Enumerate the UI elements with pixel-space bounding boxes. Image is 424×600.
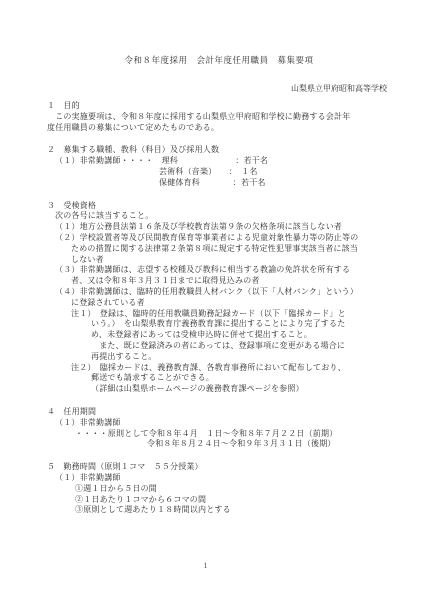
- section-eligibility: ３ 受検資格次の各号に該当すること。（１）地方公務員法第１６条及び学校教育法第９…: [47, 201, 391, 395]
- doc-line: （１）非常勤講師: [47, 418, 391, 429]
- doc-line: 保健体育科 ：若干名: [47, 178, 391, 189]
- section-purpose: １ 目的 この実施要項は、令和８年度に採用する山梨県立甲府昭和学校に勤務する会計…: [47, 101, 391, 133]
- doc-line: 再提出すること。: [47, 352, 391, 363]
- doc-line: ②１日あたり１コマから６コマの間: [47, 495, 391, 506]
- section-positions: ２ 募集する職種、教科（科目）及び採用人数（１）非常勤講師・・・・ 理科 ：若干…: [47, 145, 391, 188]
- doc-line: ２ 募集する職種、教科（科目）及び採用人数: [47, 145, 391, 156]
- section-appointment-period: ４ 任用期間（１）非常勤講師・・・・原則として令和８年４月 １日～令和８年７月２…: [47, 407, 391, 450]
- section-working-hours: ５ 勤務時間（原則１コマ ５５分授業）（１）非常勤講師①週１日から５日の間②１日…: [47, 462, 391, 516]
- doc-line: しない者: [47, 255, 391, 266]
- document-page: 令和８年度採用 会計年度任用職員 募集要項 山梨県立甲府昭和高等学校 １ 目的 …: [0, 0, 424, 600]
- doc-line: （３）非常勤講師は、志望する校種及び教科に相当する教諭の免許状を所有する: [47, 265, 391, 276]
- doc-line: この実施要項は、令和８年度に採用する山梨県立甲府昭和学校に勤務する会計年: [47, 112, 391, 123]
- doc-line: いう。） を山梨県教育庁義務教育課に提出することにより完了するた: [47, 319, 391, 330]
- document-title: 令和８年度採用 会計年度任用職員 募集要項: [47, 55, 391, 66]
- document-body: １ 目的 この実施要項は、令和８年度に採用する山梨県立甲府昭和学校に勤務する会計…: [47, 101, 391, 516]
- doc-line: ③原則として週あたり１８時間以内とする: [47, 505, 391, 516]
- doc-line: ３ 受検資格: [47, 201, 391, 212]
- doc-line: 度任用職員の募集について定めたものである。: [47, 123, 391, 134]
- doc-line: 郵送でも請求することができる。: [47, 373, 391, 384]
- doc-line: （１）非常勤講師: [47, 473, 391, 484]
- doc-line: （１）非常勤講師・・・・ 理科 ：若干名: [47, 156, 391, 167]
- doc-line: 芸術科（音楽） ： １名: [47, 167, 391, 178]
- doc-line: また、既に登録済みの者にあっては、登録事項に変更がある場合に: [47, 341, 391, 352]
- doc-line: １ 目的: [47, 101, 391, 112]
- doc-line: ・・・・原則として令和８年４月 １日～令和８年７月２２日（前期）: [47, 429, 391, 440]
- doc-line: ５ 勤務時間（原則１コマ ５５分授業）: [47, 462, 391, 473]
- doc-line: ための措置に関する法律第２条第８項に規定する特定性犯罪事実該当者に該当: [47, 244, 391, 255]
- doc-line: （４）非常勤講師は、臨時的任用教職員人材バンク（以下「人材バンク」という）: [47, 287, 391, 298]
- doc-line: 注２） 臨採カードは、義務教育課、各教育事務所において配布しており、: [47, 363, 391, 374]
- school-name: 山梨県立甲府昭和高等学校: [47, 83, 387, 94]
- doc-line: （１）地方公務員法第１６条及び学校教育法第９条の欠格条項に該当しない者: [47, 222, 391, 233]
- doc-line: （２）学校設置者等及び民間教育保育等事業者による児童対象性暴力等の防止等の: [47, 233, 391, 244]
- doc-line: ４ 任用期間: [47, 407, 391, 418]
- doc-line: 次の各号に該当すること。: [47, 211, 391, 222]
- doc-line: 令和８年８月２４日～令和９年３月３１日（後期）: [47, 439, 391, 450]
- doc-line: 注１） 登録は、臨時的任用教職員勤務記録カード（以下「臨採カード」と: [47, 309, 391, 320]
- doc-line: ①週１日から５日の間: [47, 484, 391, 495]
- page-number: 1: [0, 561, 411, 570]
- doc-line: （詳細は山梨県ホームページの義務教育課ページを参照）: [47, 384, 391, 395]
- doc-line: 者、又は令和８年３月３１日までに取得見込みの者: [47, 276, 391, 287]
- doc-line: に登録されている者: [47, 298, 391, 309]
- doc-line: め、未登録者にあっては受検申込時に併せて提出すること。: [47, 330, 391, 341]
